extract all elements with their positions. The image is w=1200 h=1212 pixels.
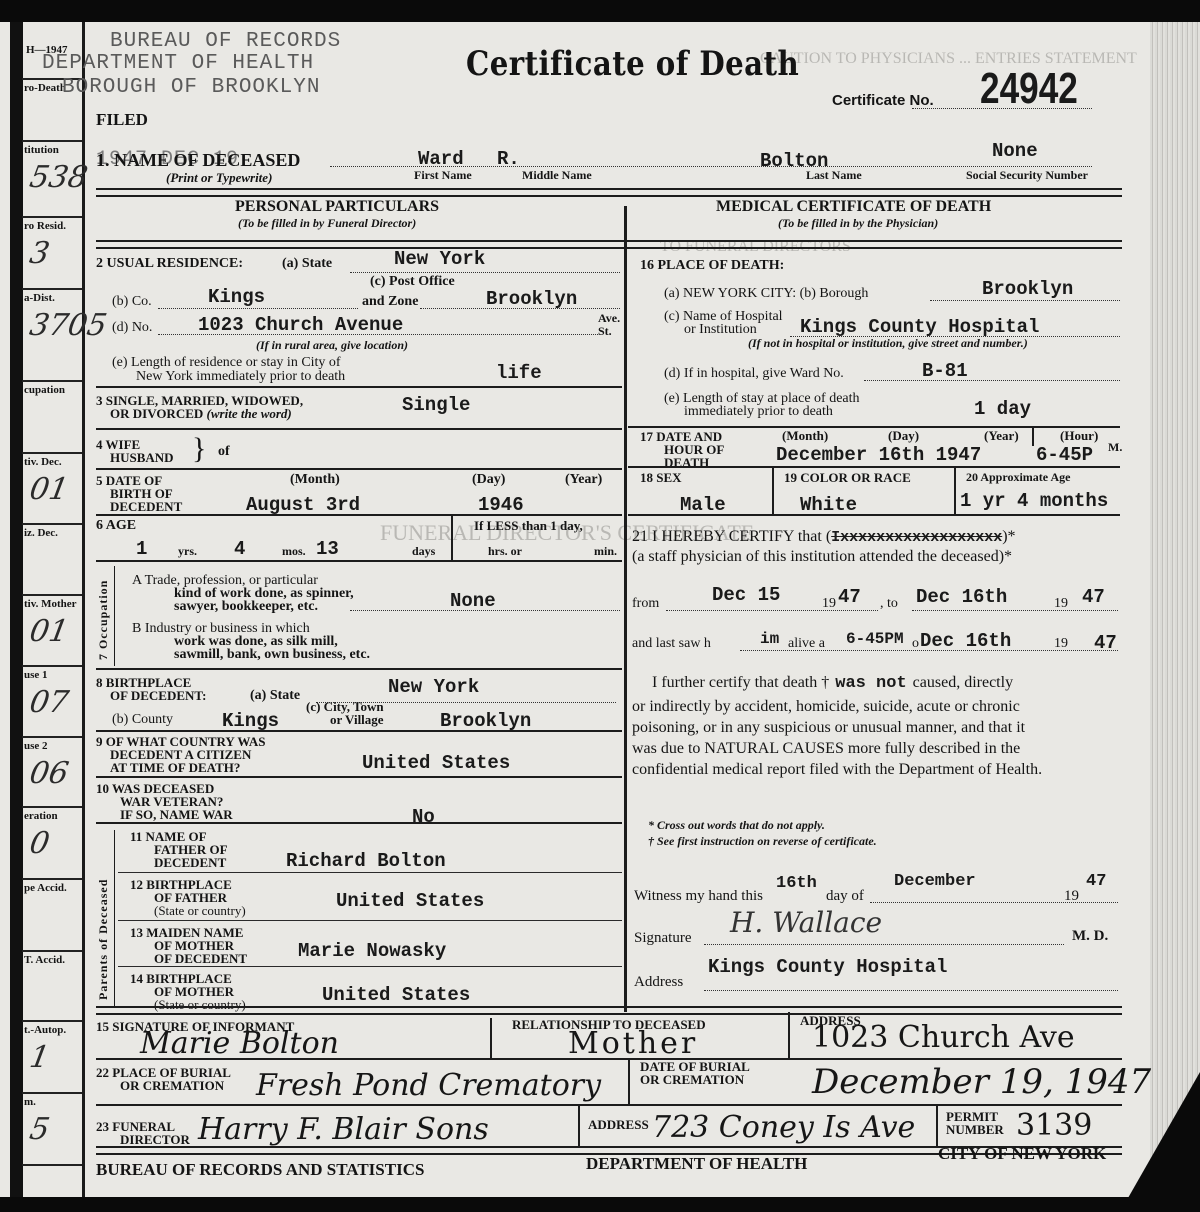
spouse-label: 4 WIFEHUSBAND [96, 438, 174, 464]
further-certify-text: or indirectly by accident, homicide, sui… [632, 696, 1120, 780]
county-label: (b) Co. [112, 294, 152, 310]
dotted-line [704, 990, 1118, 991]
age-months-value: 4 [234, 538, 245, 560]
physician-signature: H. Wallace [730, 906, 882, 939]
row-divider [118, 872, 622, 873]
burial-date-value: December 19, 1947 [812, 1062, 1151, 1102]
birthplace-county-label: (b) County [112, 712, 173, 728]
footnote-see-reverse: † See first instruction on reverse of ce… [648, 834, 877, 849]
scan-border-top [0, 0, 1200, 22]
cell-divider [578, 1106, 580, 1148]
row-divider [96, 468, 622, 470]
rural-hint: (If in rural area, give location) [256, 338, 408, 353]
hospital-name-value: Kings County Hospital [800, 316, 1039, 338]
row-divider [628, 514, 1120, 516]
dotted-line [864, 380, 1120, 381]
date-of-death-label: 17 DATE ANDHOUR OFDEATH [640, 430, 724, 469]
birthplace-city-value: Brooklyn [440, 710, 531, 732]
footer-department: DEPARTMENT OF HEALTH [586, 1154, 807, 1174]
citizenship-label: 9 OF WHAT COUNTRY WASDECEDENT A CITIZENA… [96, 735, 266, 774]
birthplace-label: 8 BIRTHPLACEOF DECEDENT: [96, 676, 206, 702]
row-divider [96, 428, 622, 430]
strip-cell: a-Dist.3705 [22, 288, 82, 360]
burial-place-value: Fresh Pond Crematory [256, 1068, 601, 1103]
cell-divider [772, 468, 774, 514]
signature-label: Signature [634, 930, 692, 947]
footer-bureau: BUREAU OF RECORDS AND STATISTICS [96, 1160, 424, 1180]
father-birthplace-label: 12 BIRTHPLACEOF FATHER(State or country) [130, 878, 246, 917]
veteran-value: No [412, 806, 435, 828]
strip-cell: t.-Autop.1 [22, 1020, 82, 1092]
row-divider [96, 1058, 1122, 1060]
dod-year-header: (Year) [984, 428, 1019, 444]
brace-glyph: } [192, 432, 206, 466]
strip-cell: ro Resid.3 [22, 216, 82, 288]
row-divider [96, 1104, 1122, 1106]
was-not-value: was not [829, 674, 912, 693]
strip-cell: tiv. Dec.01 [22, 452, 82, 524]
row-divider [96, 668, 622, 670]
cell-divider [114, 566, 115, 666]
medical-certificate-subheader: (To be filled in by the Physician) [778, 216, 938, 231]
strip-divider [82, 22, 85, 1197]
last-saw-time: 6-45PM [846, 630, 904, 648]
strip-cell: use 206 [22, 736, 82, 808]
dotted-line [158, 308, 358, 309]
strip-cell: T. Accid. [22, 950, 82, 1022]
cell-divider [490, 1018, 492, 1060]
scan-corner-shadow [1120, 1072, 1200, 1212]
dod-month-header: (Month) [782, 428, 828, 444]
filed-label: FILED [96, 110, 148, 130]
mother-birthplace-value: United States [322, 984, 470, 1006]
first-name-label: First Name [414, 168, 472, 183]
row-divider [96, 730, 622, 732]
row-divider [96, 776, 622, 778]
informant-signature: Marie Bolton [140, 1026, 339, 1061]
section-divider [96, 1006, 1122, 1015]
records-stamp-line: DEPARTMENT OF HEALTH [42, 52, 314, 75]
witness-label: Witness my hand this [634, 888, 763, 905]
cell-divider [451, 516, 453, 560]
race-label: 19 COLOR OR RACE [784, 470, 911, 486]
bleed-through-text: CAUTION TO PHYSICIANS ... ENTRIES STATEM… [760, 50, 1137, 68]
borough-value: Brooklyn [982, 278, 1073, 300]
from-year-prefix: 19 [822, 596, 836, 612]
witness-month-value: December [894, 872, 976, 891]
length-of-residence-label: (e) Length of residence or stay in City … [112, 356, 345, 384]
md-label: M. D. [1072, 928, 1108, 945]
industry-label: B Industry or business in whichwork was … [132, 622, 370, 661]
strip-cell: pe Accid. [22, 878, 82, 950]
permit-number-value: 3139 [1016, 1108, 1092, 1143]
witness-day-value: 16th [776, 874, 817, 893]
strip-cell: use 107 [22, 665, 82, 737]
strip-cell: titution538 [22, 140, 82, 212]
dob-year-header: (Year) [565, 472, 602, 488]
age-label: 6 AGE [96, 518, 136, 534]
personal-particulars-subheader: (To be filled in by Funeral Director) [238, 216, 416, 231]
row-divider [96, 560, 622, 562]
strip-cell: tiv. Mother01 [22, 594, 82, 666]
age-days-value: 13 [316, 538, 339, 560]
attended-to-value: Dec 16th [916, 586, 1007, 608]
occupation-label: A Trade, profession, or particularkind o… [132, 574, 354, 613]
witness-year-value: 47 [1086, 872, 1106, 891]
further-certify-line: I further certify that death †was notcau… [652, 674, 1013, 693]
hrs-label: hrs. or [488, 544, 522, 559]
length-of-stay-value: 1 day [974, 398, 1031, 420]
spouse-of-label: of [218, 444, 230, 460]
ssn-label: Social Security Number [966, 168, 1088, 183]
yrs-label: yrs. [178, 544, 197, 559]
father-birthplace-value: United States [336, 890, 484, 912]
hospital-name-label: (c) Name of Hospitalor Institution [664, 310, 783, 336]
street-number-label: (d) No. [112, 320, 152, 336]
last-name-label: Last Name [806, 168, 862, 183]
last-saw-year: 47 [1094, 632, 1117, 654]
strip-cell: eration0 [22, 806, 82, 878]
min-label: min. [594, 544, 617, 559]
physician-address-label: Address [634, 974, 683, 991]
dob-year-value: 1946 [478, 494, 524, 516]
middle-name-value: R. [497, 148, 520, 170]
zone-label: and Zone [362, 294, 418, 310]
hour-of-death-value: 6-45P [1036, 444, 1093, 466]
row-divider [96, 386, 622, 388]
last-saw-year-prefix: 19 [1054, 636, 1068, 652]
less-than-day-label: If LESS than 1 day, [474, 518, 583, 534]
day-of-label: day of [826, 888, 864, 905]
marital-status-label: 3 SINGLE, MARRIED, WIDOWED,OR DIVORCED (… [96, 394, 303, 420]
witness-year-prefix: 19 [1064, 888, 1079, 905]
row-divider [96, 514, 622, 516]
dotted-line [350, 272, 620, 273]
strip-cell: iz. Dec. [22, 523, 82, 595]
residence-post-office-value: Brooklyn [486, 288, 577, 310]
page-title: Certificate of Death [466, 44, 799, 84]
to-year-prefix: 19 [1054, 596, 1068, 612]
records-stamp-line: BUREAU OF RECORDS [110, 30, 341, 53]
dotted-line [930, 300, 1120, 301]
ave-st-label: Ave. St. [598, 312, 622, 338]
father-name-label: 11 NAME OFFATHER OFDECEDENT [130, 830, 228, 869]
cell-divider [1032, 428, 1034, 446]
residence-county-value: Kings [208, 286, 265, 308]
permit-number-label: PERMITNUMBER [946, 1110, 1004, 1136]
place-of-death-label: 16 PLACE OF DEATH: [640, 258, 784, 274]
last-saw-pronoun: im [760, 630, 779, 648]
cell-divider [628, 1060, 630, 1106]
section-divider [96, 240, 1122, 249]
age-years-value: 1 [136, 538, 147, 560]
dotted-line [704, 944, 1064, 945]
last-saw-label: and last saw h [632, 636, 711, 652]
row-divider [118, 966, 622, 967]
days-label: days [412, 544, 435, 559]
post-office-label: (c) Post Office [370, 274, 455, 290]
physician-address-value: Kings County Hospital [708, 956, 947, 978]
ward-number-label: (d) If in hospital, give Ward No. [664, 366, 844, 382]
name-label: 1. NAME OF DECEASED [96, 150, 300, 171]
attended-from-value: Dec 15 [712, 584, 780, 606]
funeral-director-value: Harry F. Blair Sons [198, 1112, 489, 1147]
race-value: White [800, 494, 857, 516]
middle-name-label: Middle Name [522, 168, 592, 183]
column-divider [624, 206, 627, 1012]
footnote-cross-out: * Cross out words that do not apply. [648, 818, 825, 833]
scan-border-bottom [0, 1197, 1200, 1212]
residence-state-value: New York [394, 248, 485, 270]
dob-month-header: (Month) [290, 472, 340, 488]
relationship-value: Mother [568, 1026, 698, 1061]
row-divider [628, 426, 1120, 428]
paper-edge [1150, 22, 1200, 1197]
birthplace-city-label: (c) City, Townor Village [306, 700, 384, 726]
mos-label: mos. [282, 544, 306, 559]
residence-state-label: (a) State [282, 256, 332, 272]
to-year-value: 47 [1082, 586, 1105, 608]
dod-hour-header: (Hour) [1060, 428, 1098, 444]
dotted-line [912, 610, 1118, 611]
occupation-value: None [450, 590, 496, 612]
marital-status-value: Single [402, 394, 470, 416]
sex-value: Male [680, 494, 726, 516]
cell-divider [954, 468, 956, 514]
parents-side-label: Parents of Deceased [96, 879, 111, 1000]
cell-divider [788, 1012, 790, 1060]
funeral-director-label: 23 FUNERALDIRECTOR [96, 1120, 190, 1146]
hospital-hint: (If not in hospital or institution, give… [748, 336, 1028, 351]
certify-statement: 21 I HEREBY CERTIFY that (Ixxxxxxxxxxxxx… [632, 528, 1016, 546]
first-name-value: Ward [418, 148, 464, 170]
certificate-number: 24942 [980, 64, 1078, 114]
mother-maiden-name-label: 13 MAIDEN NAMEOF MOTHEROF DECEDENT [130, 926, 247, 965]
mother-maiden-name-value: Marie Nowasky [298, 940, 446, 962]
strip-cell: m.5 [22, 1092, 82, 1166]
citizenship-value: United States [362, 752, 510, 774]
approximate-age-label: 20 Approximate Age [966, 470, 1070, 485]
burial-date-label: DATE OF BURIALOR CREMATION [640, 1060, 750, 1086]
footer-city: CITY OF NEW YORK [938, 1144, 1106, 1164]
usual-residence-label: 2 USUAL RESIDENCE: [96, 256, 243, 272]
nyc-borough-label: (a) NEW YORK CITY: (b) Borough [664, 286, 868, 302]
section-divider [96, 188, 1122, 197]
sex-label: 18 SEX [640, 470, 682, 486]
birthplace-county-value: Kings [222, 710, 279, 732]
veteran-label: 10 WAS DECEASEDWAR VETERAN?IF SO, NAME W… [96, 782, 233, 821]
father-name-value: Richard Bolton [286, 850, 446, 872]
birthplace-state-value: New York [388, 676, 479, 698]
date-of-death-value: December 16th 1947 [776, 444, 981, 466]
dotted-line [870, 902, 1118, 903]
birthplace-state-label: (a) State [250, 688, 300, 704]
strip-cell: cupation [22, 380, 82, 452]
records-stamp-line: BOROUGH OF BROOKLYN [62, 76, 320, 99]
dob-value: August 3rd [246, 494, 360, 516]
certificate-no-label: Certificate No. [832, 92, 934, 109]
struck-text: Ixxxxxxxxxxxxxxxxxx [831, 529, 1002, 546]
burial-place-label: 22 PLACE OF BURIALOR CREMATION [96, 1066, 231, 1092]
medical-certificate-header: MEDICAL CERTIFICATE OF DEATH [716, 198, 991, 216]
approximate-age-value: 1 yr 4 months [960, 490, 1108, 512]
row-divider [118, 920, 622, 921]
personal-particulars-header: PERSONAL PARTICULARS [235, 198, 439, 216]
funeral-address-value: 723 Coney Is Ave [652, 1110, 915, 1145]
attended-to-label: , to [880, 596, 898, 612]
funeral-address-label: ADDRESS [588, 1118, 649, 1131]
residence-street-value: 1023 Church Avenue [198, 314, 403, 336]
name-hint: (Print or Typewrite) [166, 170, 272, 186]
cell-divider [936, 1106, 938, 1148]
length-of-stay-label: (e) Length of stay at place of deathimme… [664, 392, 860, 418]
last-saw-date: Dec 16th [920, 630, 1011, 652]
length-of-residence-value: life [496, 362, 542, 384]
ssn-value: None [992, 140, 1038, 162]
dob-day-header: (Day) [472, 472, 505, 488]
row-divider [96, 822, 622, 824]
dob-label: 5 DATE OFBIRTH OFDECEDENT [96, 474, 182, 513]
informant-address-value: 1023 Church Ave [812, 1020, 1075, 1055]
from-year-value: 47 [838, 586, 861, 608]
attended-from-label: from [632, 596, 659, 612]
dod-day-header: (Day) [888, 428, 919, 444]
cell-divider [114, 830, 115, 1006]
ward-number-value: B-81 [922, 360, 968, 382]
dotted-line [666, 610, 878, 611]
meridiem-label: M. [1108, 440, 1122, 455]
staff-physician-statement: (a staff physician of this institution a… [632, 548, 1012, 566]
occupation-side-label: 7 Occupation [96, 580, 111, 660]
row-divider [628, 466, 1120, 468]
